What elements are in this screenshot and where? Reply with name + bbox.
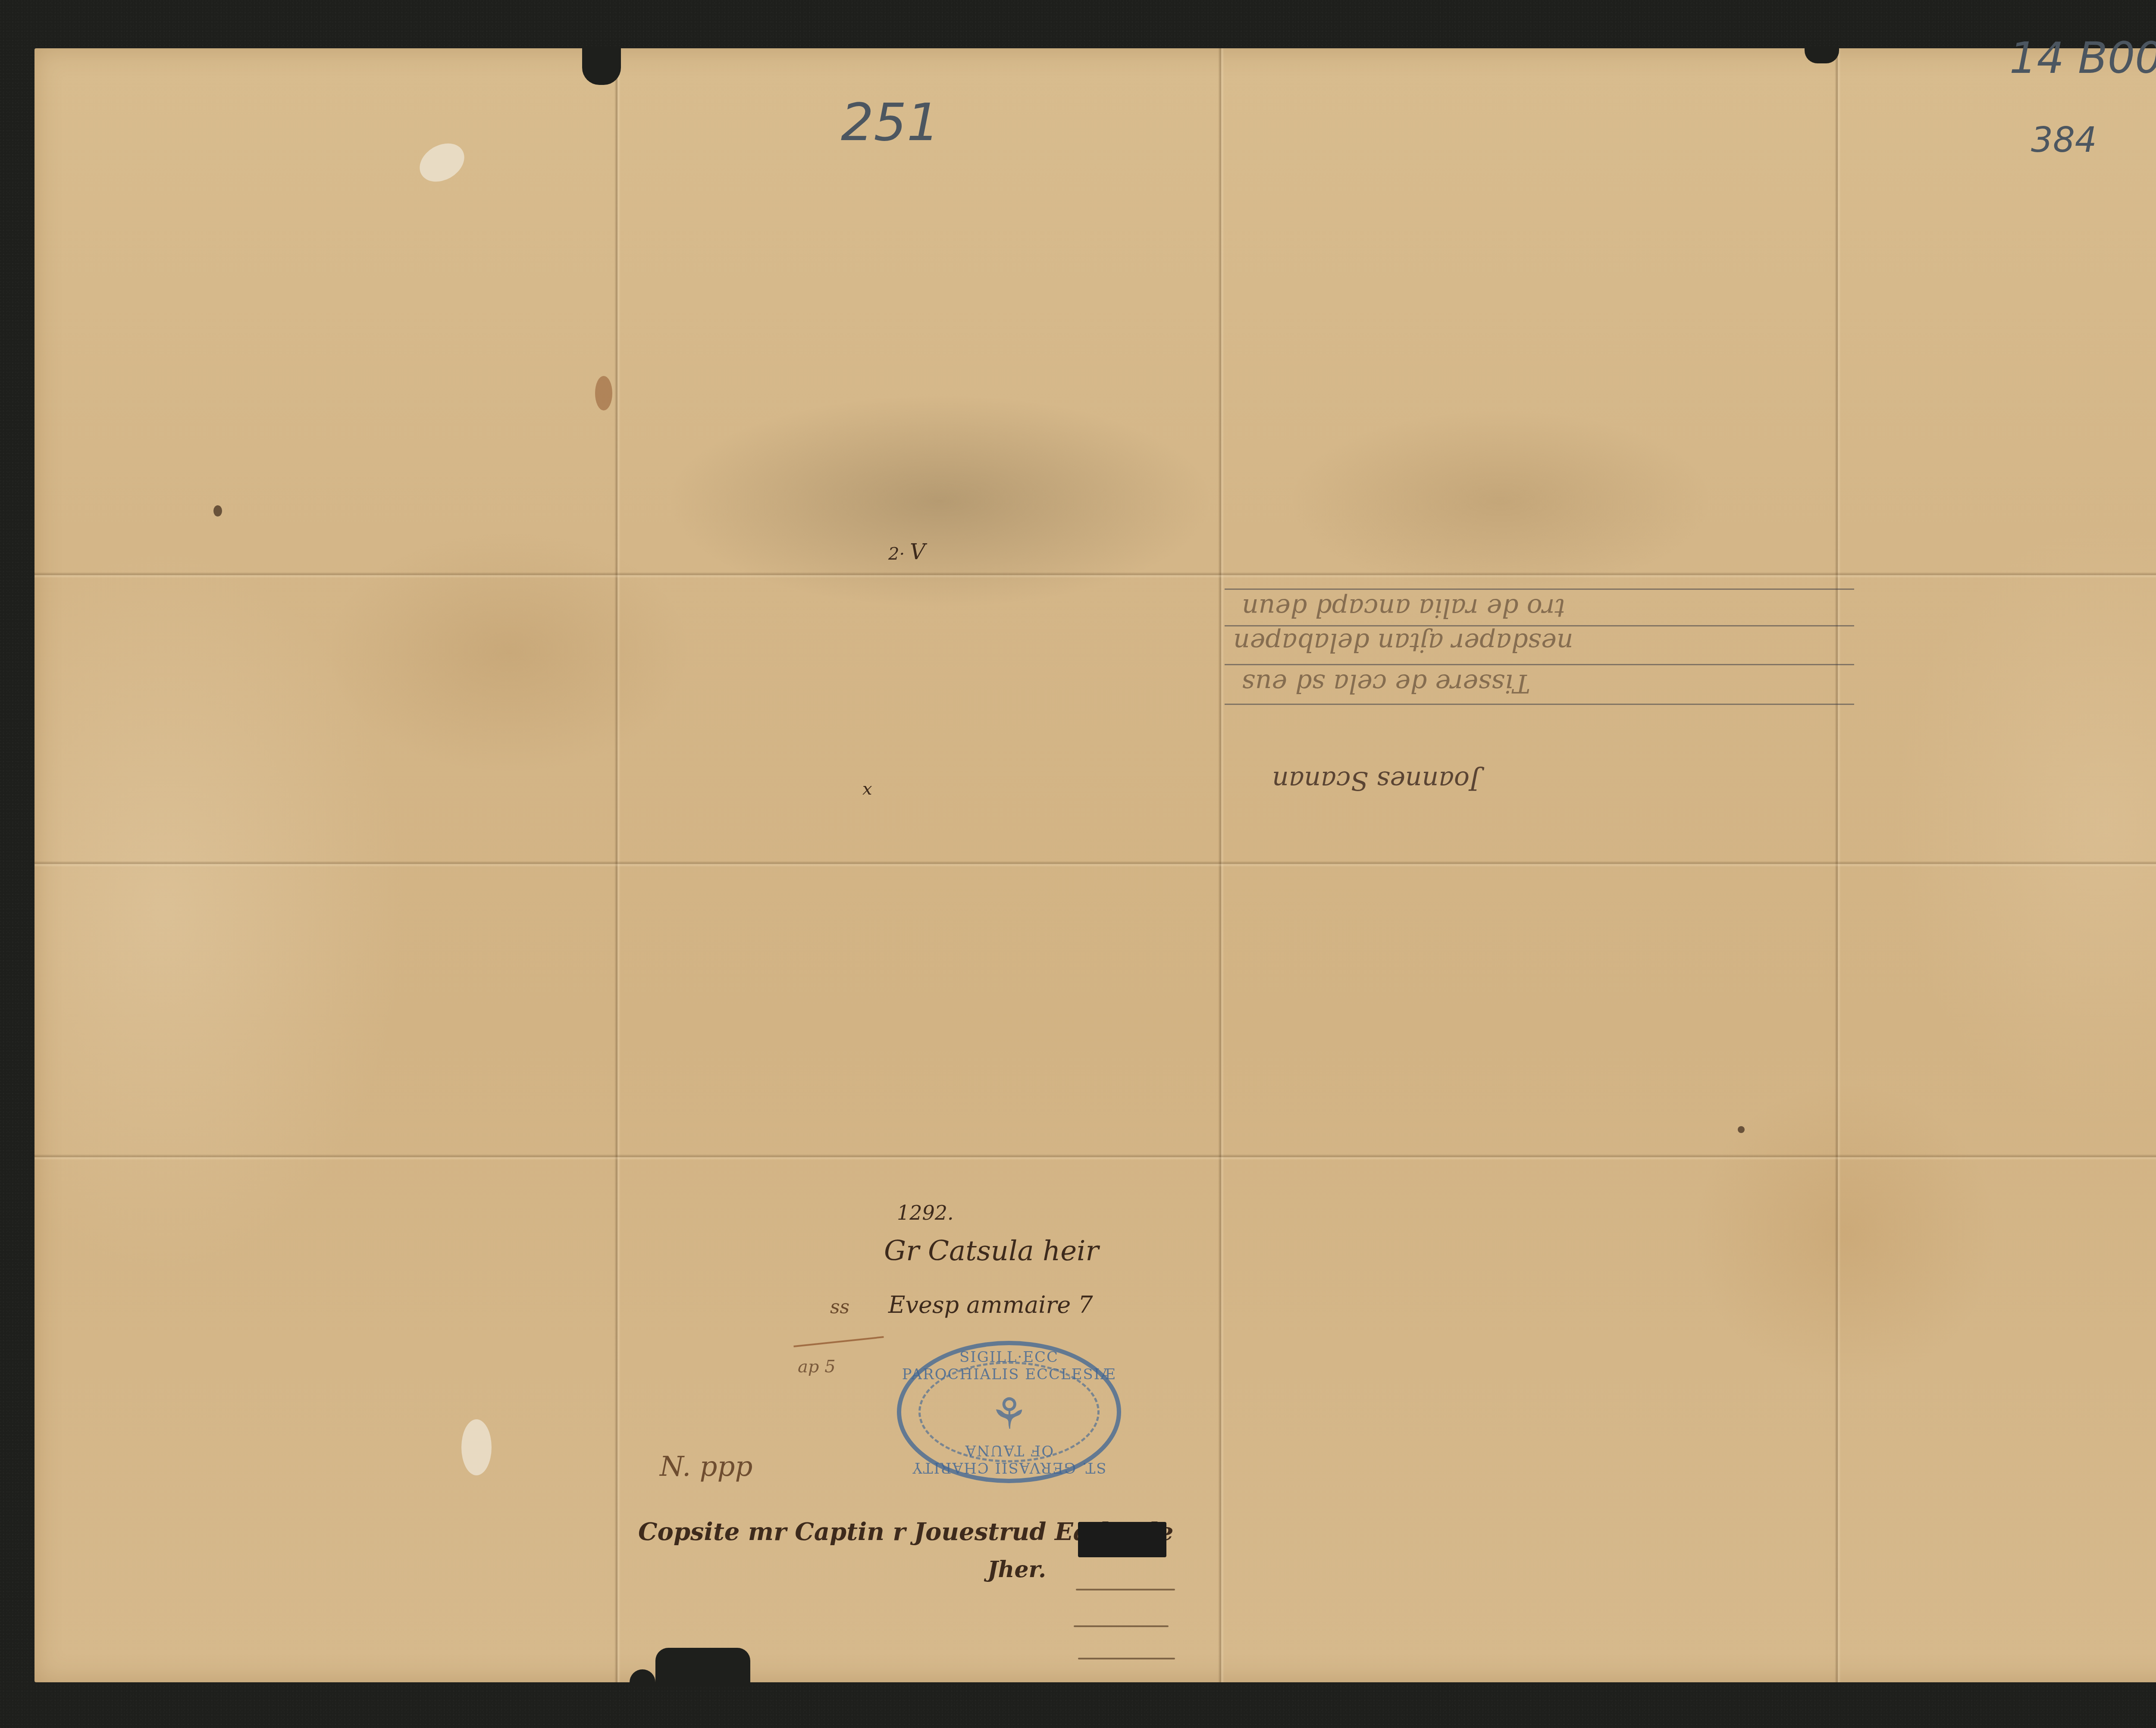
seal-tag-slit bbox=[1076, 1589, 1175, 1590]
ruled-line bbox=[1225, 589, 1854, 590]
numbering-mark: N. ppp bbox=[660, 1453, 753, 1481]
ink-spot bbox=[213, 505, 222, 517]
horizontal-fold-3 bbox=[34, 1154, 2156, 1160]
show-through-line1: tro de ralia ancapd deun bbox=[1242, 595, 1565, 621]
black-mount-tab bbox=[1078, 1522, 1166, 1557]
seal-tag-slit bbox=[1078, 1658, 1175, 1659]
tear-bottom-1 bbox=[630, 1669, 655, 1687]
show-through-line2: nesdaper ajtan delabapen bbox=[1233, 629, 1573, 655]
mark-upper-1: 2· bbox=[888, 545, 905, 563]
mark-upper-3: x bbox=[862, 780, 872, 798]
show-through-line3: Tissere de cela sd eus bbox=[1242, 670, 1530, 696]
tear-top-left bbox=[582, 46, 621, 85]
repair-patch-bottom bbox=[461, 1419, 492, 1475]
tear-bottom-2 bbox=[655, 1648, 750, 1687]
horizontal-fold-1 bbox=[34, 572, 2156, 578]
endorsement-year: 1292. bbox=[897, 1203, 954, 1223]
stain-spot bbox=[595, 376, 612, 410]
bishop-figure-icon: ⚘ bbox=[972, 1388, 1046, 1440]
shelfmark-line1: 14 B002A bbox=[2009, 37, 2156, 80]
seal-legend-bottom: ST. GERVASII CHARITY OF TAUNA bbox=[901, 1442, 1117, 1476]
endorsement-line2: Evesp ammaire 7 bbox=[888, 1293, 1093, 1317]
tear-top-right bbox=[1805, 46, 1839, 63]
endorsement-marginal-ap: ap 5 bbox=[798, 1358, 836, 1375]
archival-number: 251 bbox=[841, 97, 940, 149]
seal-legend-top: SIGILL·ECC PAROCHIALIS ECCLESIÆ bbox=[901, 1349, 1117, 1383]
shelfmark-line2: 384 bbox=[2031, 123, 2097, 157]
endorsement-line1: Gr Catsula heir bbox=[884, 1237, 1099, 1265]
horizontal-fold-2 bbox=[34, 861, 2156, 867]
ruled-line bbox=[1225, 704, 1854, 705]
seal-tag-slit bbox=[1074, 1625, 1169, 1627]
repair-patch-top bbox=[413, 136, 471, 189]
title-endorsement-line2: Jher. bbox=[987, 1559, 1046, 1581]
ink-spot bbox=[1738, 1126, 1745, 1133]
ruled-line bbox=[1225, 664, 1854, 665]
show-through-signature: Joannes Scanan bbox=[1272, 767, 1480, 793]
endorsement-marginal-ss: ss bbox=[830, 1298, 849, 1317]
parish-seal-stamp: SIGILL·ECC PAROCHIALIS ECCLESIÆ ST. GERV… bbox=[897, 1341, 1121, 1483]
ruled-line bbox=[1225, 625, 1854, 626]
mark-upper-2: V bbox=[910, 541, 925, 563]
